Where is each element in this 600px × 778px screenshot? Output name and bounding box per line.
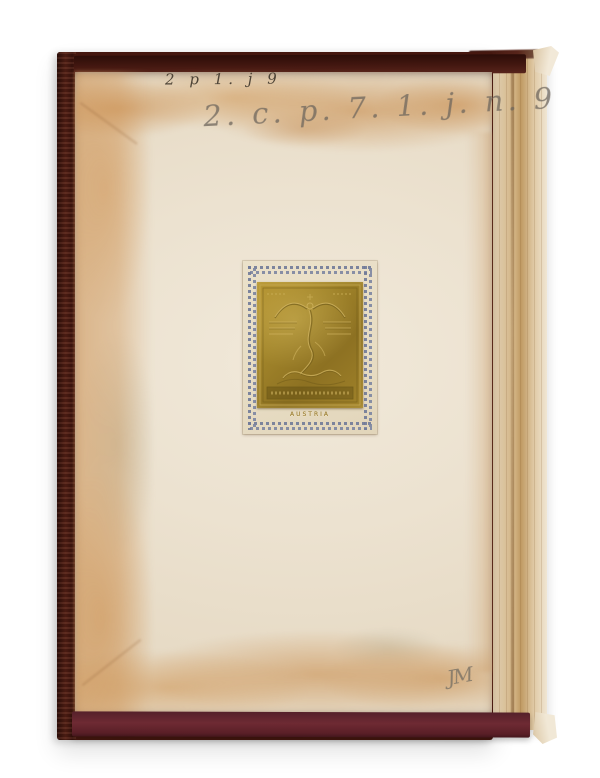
photo-of-book-inside-cover: 2 p 1. j 9 2. c. p. 7. 1. j. n. 9 JM bbox=[0, 0, 600, 778]
cover-corner-bottom-right bbox=[533, 712, 557, 744]
bookplate-caption: AUSTRIA bbox=[243, 411, 377, 418]
gold-embossed-plaque bbox=[257, 282, 363, 408]
text-block-fore-edge bbox=[485, 58, 547, 730]
ink-shelfmark: 2 p 1. j 9 bbox=[165, 69, 282, 88]
pastedown-endpaper: 2 p 1. j 9 2. c. p. 7. 1. j. n. 9 JM bbox=[75, 72, 492, 714]
leather-cover-board: 2 p 1. j 9 2. c. p. 7. 1. j. n. 9 JM bbox=[57, 52, 493, 740]
spine-leather-edge bbox=[57, 52, 76, 740]
bottom-leather-turn-in bbox=[72, 711, 530, 737]
page-edge-streaks bbox=[485, 58, 547, 730]
corner-mitre-fold-top-left bbox=[80, 102, 138, 145]
corner-mitre-fold-bottom-left bbox=[82, 639, 142, 686]
leather-grain-texture bbox=[57, 52, 76, 740]
cover-corner-top-right bbox=[533, 46, 559, 76]
bookplate-border-bottom bbox=[248, 422, 372, 430]
page-edge-crease bbox=[511, 58, 514, 730]
bookplate-border-right bbox=[364, 266, 372, 430]
bookplate-label: AUSTRIA bbox=[243, 261, 377, 434]
stain-right bbox=[466, 132, 492, 672]
gilt-eagle-over-reclining-figure-emblem-icon bbox=[257, 282, 363, 408]
bookplate-border-left bbox=[248, 266, 256, 430]
book: 2 p 1. j 9 2. c. p. 7. 1. j. n. 9 JM bbox=[57, 52, 549, 740]
stain-left-turn-in bbox=[75, 72, 153, 714]
pencil-monogram: JM bbox=[445, 662, 473, 690]
bookplate-border-top bbox=[248, 266, 372, 274]
